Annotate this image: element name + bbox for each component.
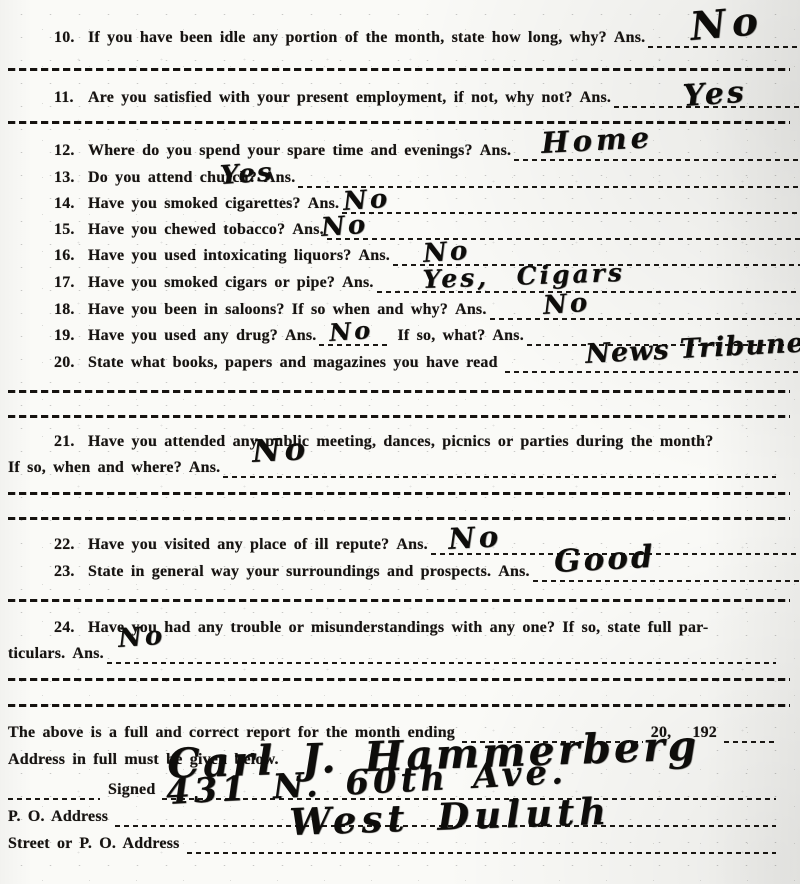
- ans-label: Ans.: [498, 562, 529, 582]
- question-number: 24.: [54, 618, 88, 638]
- ans-label: Ans.: [285, 326, 316, 346]
- question-text: State in general way your surroundings a…: [88, 562, 491, 582]
- question-text: State what books, papers and magazines y…: [88, 353, 498, 373]
- question-row-10: 10. If you have been idle any portion of…: [8, 28, 800, 48]
- ans-label-2: Ans.: [492, 326, 523, 346]
- question-number: 23.: [54, 562, 88, 582]
- separator-line: [8, 121, 790, 124]
- question-text: If you have been idle any portion of the…: [88, 28, 607, 48]
- question-row-16: 16. Have you used intoxicating liquors? …: [8, 246, 800, 266]
- answer-line: [490, 306, 800, 320]
- question-row-17: 17. Have you smoked cigars or pipe? Ans.: [8, 273, 800, 293]
- question-row-11: 11. Are you satisfied with your present …: [8, 88, 800, 108]
- answer-line: [327, 226, 800, 240]
- ans-label: Ans.: [455, 300, 486, 320]
- signed-label: Signed: [108, 780, 155, 800]
- question-row-14: 14. Have you smoked cigarettes? Ans.: [8, 194, 800, 214]
- question-text: Have you chewed tobacco?: [88, 220, 285, 240]
- handwritten-answer-q13: Yes: [219, 159, 274, 189]
- handwritten-answer-q23: Good: [553, 542, 656, 578]
- handwritten-answer-q22: No: [447, 522, 502, 554]
- handwritten-street-address: West Duluth: [289, 793, 612, 841]
- question-row-21: 21. Have you attended any public meeting…: [8, 432, 800, 452]
- question-text: Have you been in saloons? If so when and…: [88, 300, 448, 320]
- street-address-label: Street or P. O. Address: [8, 834, 180, 854]
- question-number: 12.: [54, 141, 88, 161]
- separator-line: [8, 68, 790, 71]
- ans-label: Ans.: [292, 220, 323, 240]
- question-text: Have you had any trouble or misunderstan…: [88, 618, 708, 638]
- signed-left-line: [8, 786, 100, 800]
- question-text-2: If so, what?: [397, 326, 485, 346]
- separator-line: [8, 704, 790, 707]
- answer-line: [342, 200, 800, 214]
- question-row-15: 15. Have you chewed tobacco? Ans.: [8, 220, 800, 240]
- separator-line: [8, 678, 790, 681]
- handwritten-answer-q18: No: [542, 290, 591, 319]
- ans-label: Ans.: [480, 141, 511, 161]
- question-number: 15.: [54, 220, 88, 240]
- separator-line: [8, 599, 790, 602]
- question-text: Have you smoked cigars or pipe?: [88, 273, 335, 293]
- question-number: 13.: [54, 168, 88, 188]
- question-row-18: 18. Have you been in saloons? If so when…: [8, 300, 800, 320]
- question-text: Where do you spend your spare time and e…: [88, 141, 473, 161]
- question-number: 22.: [54, 535, 88, 555]
- question-text: Have you attended any public meeting, da…: [88, 432, 713, 452]
- question-row-22: 22. Have you visited any place of ill re…: [8, 535, 800, 555]
- ans-label: Ans.: [72, 644, 103, 664]
- question-row-13: 13. Do you attend church? Ans.: [8, 168, 800, 188]
- ans-label: Ans.: [342, 273, 373, 293]
- question-number: 11.: [54, 88, 88, 108]
- question-number: 20.: [54, 353, 88, 373]
- ans-label: Ans.: [614, 28, 645, 48]
- question-row-23: 23. State in general way your surroundin…: [8, 562, 800, 582]
- handwritten-answer-q19: No: [328, 318, 374, 345]
- handwritten-answer-q10: No: [689, 2, 766, 47]
- year-line: [724, 729, 776, 743]
- separator-line: [8, 517, 790, 520]
- question-row-21-continued: If so, when and where? Ans.: [8, 458, 776, 478]
- handwritten-answer-q15: No: [320, 212, 369, 241]
- question-row-12: 12. Where do you spend your spare time a…: [8, 141, 800, 161]
- question-text: Have you used any drug?: [88, 326, 278, 346]
- handwritten-answer-q24: No: [117, 623, 166, 652]
- question-number: 18.: [54, 300, 88, 320]
- question-text: Are you satisfied with your present empl…: [88, 88, 573, 108]
- question-number: 17.: [54, 273, 88, 293]
- ans-label: Ans.: [189, 458, 220, 478]
- ans-label: Ans.: [580, 88, 611, 108]
- question-text: Have you used intoxicating liquors?: [88, 246, 351, 266]
- question-text-2: ticulars.: [8, 644, 65, 664]
- question-text: Have you smoked cigarettes?: [88, 194, 301, 214]
- handwritten-answer-q17: Yes, Cigars: [422, 260, 625, 292]
- ans-label: Ans.: [358, 246, 389, 266]
- question-text: Have you visited any place of ill repute…: [88, 535, 389, 555]
- separator-line: [8, 492, 790, 495]
- handwritten-answer-q12: Home: [540, 123, 653, 158]
- parole-report-form-page: 10. If you have been idle any portion of…: [0, 0, 800, 884]
- handwritten-answer-q21: No: [251, 434, 310, 468]
- street-address-line: [187, 840, 776, 854]
- separator-line: [8, 415, 790, 418]
- question-number: 14.: [54, 194, 88, 214]
- question-number: 21.: [54, 432, 88, 452]
- handwritten-answer-q11: Yes: [682, 78, 748, 112]
- ans-label: Ans.: [396, 535, 427, 555]
- question-number: 10.: [54, 28, 88, 48]
- separator-line: [8, 390, 790, 393]
- po-address-label: P. O. Address: [8, 807, 108, 827]
- answer-line: [107, 650, 776, 664]
- question-number: 16.: [54, 246, 88, 266]
- question-text-2: If so, when and where?: [8, 458, 182, 478]
- question-number: 19.: [54, 326, 88, 346]
